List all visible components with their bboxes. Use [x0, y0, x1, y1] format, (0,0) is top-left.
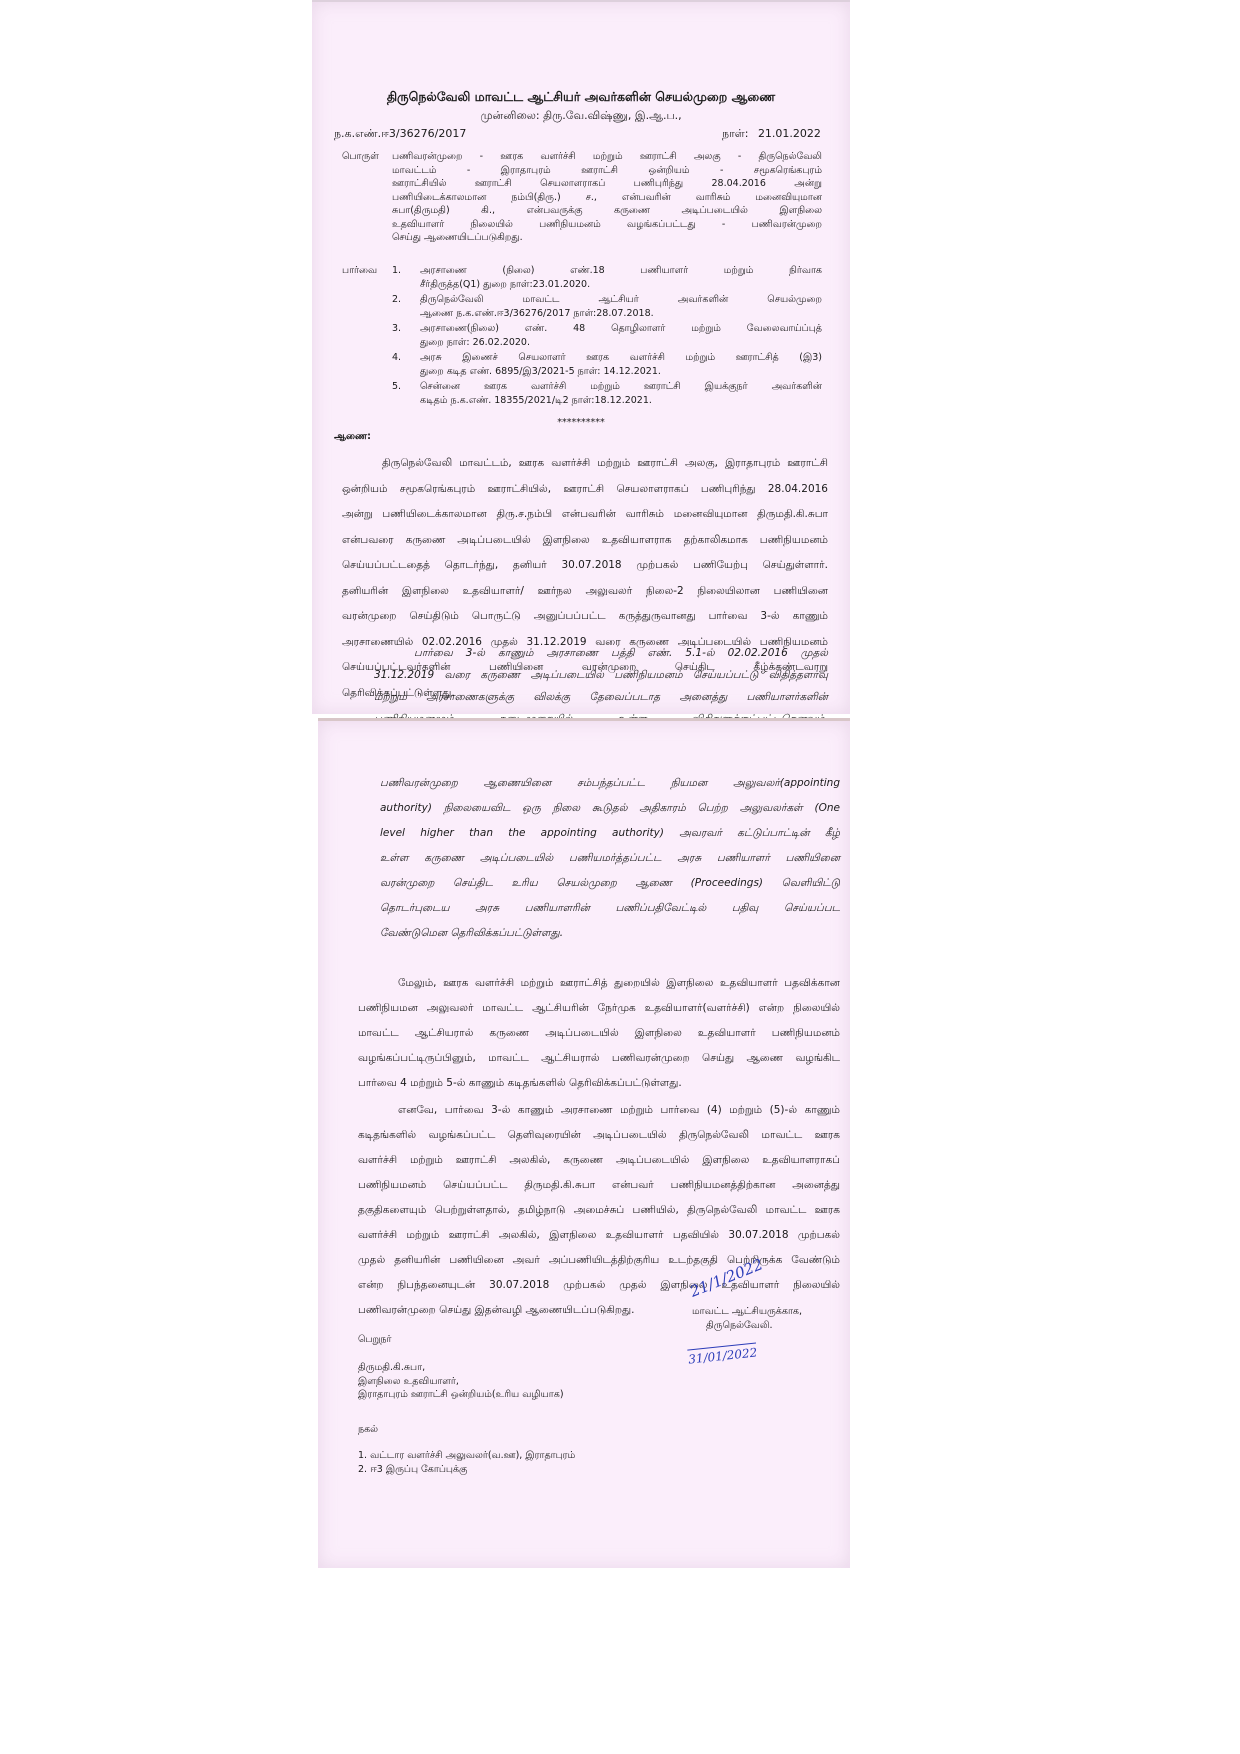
initial-date: 31/01/2022: [687, 1342, 758, 1366]
paragraph-line: ஒன்றியம் சமூகரெங்கபுரம் ஊராட்சியில், ஊரா…: [342, 477, 828, 503]
signatory-line-2: திருநெல்வேலி.: [706, 1319, 773, 1333]
quote-line: வேண்டுமென தெரிவிக்கப்பட்டுள்ளது.: [380, 921, 840, 946]
subject-line: மாவட்டம் - இராதாபுரம் ஊராட்சி ஒன்றியம் -…: [392, 164, 822, 178]
paragraph-line: வளர்ச்சி மற்றும் ஊராட்சி அலகில், கருணை அ…: [358, 1148, 840, 1173]
paragraph-line: எனவே, பார்வை 3-ல் காணும் அரசாணை மற்றும் …: [358, 1098, 840, 1123]
document-page-2: பணிவரன்முறை ஆணையினை சம்பந்தப்பட்ட நியமன …: [318, 718, 850, 1568]
paragraph-line: அன்று பணியிடைக்காலமான திரு.ச.நம்பி என்பவ…: [342, 502, 828, 528]
quote-line: 31.12.2019 வரை கருணை அடிப்படையில் பணிநிய…: [374, 664, 828, 686]
reference-item: 5.சென்னை ஊரக வளர்ச்சி மற்றும் ஊராட்சி இய…: [392, 380, 822, 407]
paragraph-line: மாவட்ட ஆட்சியரால் கருணை அடிப்படையில் இளந…: [358, 1021, 840, 1046]
copy-label: நகல்: [358, 1423, 378, 1437]
date-label: நாள்:: [722, 127, 748, 140]
subject-line: பணிவரன்முறை - ஊரக வளர்ச்சி மற்றும் ஊராட்…: [392, 150, 822, 164]
reference-label: பார்வை: [342, 264, 377, 278]
reference-item: 4.அரசு இணைச் செயலாளர் ஊரக வளர்ச்சி மற்று…: [392, 351, 822, 378]
subject-label: பொருள்: [342, 150, 379, 164]
paragraph-line: செய்யப்பட்டதைத் தொடர்ந்து, தனியர் 30.07.…: [342, 553, 828, 579]
paragraph-line: என்பவரை கருணை அடிப்படையில் இளநிலை உதவியா…: [342, 528, 828, 554]
subject-line: உதவியாளர் நிலையில் பணிநியமனம் வழங்கப்பட்…: [392, 218, 822, 232]
copy-item: 2. ஈ3 இருப்பு கோப்புக்கு: [358, 1463, 575, 1477]
reference-number-label: 3.: [392, 322, 420, 349]
paragraph-line: முதல் தனியரின் பணியினை அவர் அப்பணியிடத்த…: [358, 1248, 840, 1273]
paragraph-line: கடிதங்களில் வழங்கப்பட்ட தெளிவுரையின் அடி…: [358, 1123, 840, 1148]
order-paragraph-2: மேலும், ஊரக வளர்ச்சி மற்றும் ஊராட்சித் த…: [358, 971, 840, 1096]
document-page-1: திருநெல்வேலி மாவட்ட ஆட்சியர் அவர்களின் ச…: [312, 0, 850, 714]
recipient-line: திருமதி.கி.சுபா,: [358, 1361, 564, 1375]
paragraph-line: பணிநியமன அலுவலர் மாவட்ட ஆட்சியரின் நேர்ம…: [358, 996, 840, 1021]
reference-number-label: 5.: [392, 380, 420, 407]
reference-number-label: 2.: [392, 293, 420, 320]
subject-line: ஊராட்சியில் ஊராட்சி செயலாளராகப் பணிபுரிந…: [392, 177, 822, 191]
paragraph-line: வழங்கப்பட்டிருப்பினும், மாவட்ட ஆட்சியரால…: [358, 1046, 840, 1071]
recipient-label: பெறுநர்: [358, 1333, 391, 1347]
signatory-line-1: மாவட்ட ஆட்சியருக்காக,: [692, 1305, 802, 1319]
reference-list: 1.அரசாணை (நிலை) எண்.18 பணியாளர் மற்றும் …: [392, 264, 822, 409]
reference-text: அரசாணை (நிலை) எண்.18 பணியாளர் மற்றும் நி…: [420, 264, 822, 291]
quote-line: உள்ள கருணை அடிப்படையில் பணியமர்த்தப்பட்ட…: [380, 846, 840, 871]
paragraph-line: வளர்ச்சி மற்றும் ஊராட்சி அலகில், இளநிலை …: [358, 1223, 840, 1248]
date-line: நாள்: 21.01.2022: [722, 127, 821, 141]
reference-item: 2.திருநெல்வேலி மாவட்ட ஆட்சியர் அவர்களின்…: [392, 293, 822, 320]
quote-line: பணிவரன்முறை ஆணையினை சம்பந்தப்பட்ட நியமன …: [380, 771, 840, 796]
quoted-order-excerpt: பார்வை 3-ல் காணும் அரசாணை பத்தி எண். 5.1…: [374, 642, 828, 730]
recipient-line: இராதாபுரம் ஊராட்சி ஒன்றியம்(உரிய வழியாக): [358, 1388, 564, 1402]
paragraph-line: வரன்முறை செய்திடும் பொருட்டு அனுப்பப்பட்…: [342, 604, 828, 630]
reference-text: அரசாணை(நிலை) எண். 48 தொழிலாளர் மற்றும் வ…: [420, 322, 822, 349]
reference-text: சென்னை ஊரக வளர்ச்சி மற்றும் ஊராட்சி இயக்…: [420, 380, 822, 407]
paragraph-line: என்ற நிபந்தனையுடன் 30.07.2018 முற்பகல் ம…: [358, 1273, 840, 1298]
reference-item: 1.அரசாணை (நிலை) எண்.18 பணியாளர் மற்றும் …: [392, 264, 822, 291]
recipient-line: இளநிலை உதவியாளர்,: [358, 1375, 564, 1389]
reference-number-label: 4.: [392, 351, 420, 378]
paragraph-line: தகுதிகளையும் பெற்றுள்ளதால், தமிழ்நாடு அம…: [358, 1198, 840, 1223]
reference-text: அரசு இணைச் செயலாளர் ஊரக வளர்ச்சி மற்றும்…: [420, 351, 822, 378]
reference-item: 3.அரசாணை(நிலை) எண். 48 தொழிலாளர் மற்றும்…: [392, 322, 822, 349]
paragraph-line: பணிநியமனம் செய்யப்பட்ட திருமதி.கி.சுபா எ…: [358, 1173, 840, 1198]
proceedings-title: திருநெல்வேலி மாவட்ட ஆட்சியர் அவர்களின் ச…: [312, 90, 850, 104]
presence-line: முன்னிலை: திரு.வே.விஷ்ணு, இ.ஆ.ப.,: [312, 109, 850, 123]
subject-text: பணிவரன்முறை - ஊரக வளர்ச்சி மற்றும் ஊராட்…: [392, 150, 822, 245]
paragraph-line: மேலும், ஊரக வளர்ச்சி மற்றும் ஊராட்சித் த…: [358, 971, 840, 996]
quote-line: தொடர்புடைய அரசு பணியாளரின் பணிப்பதிவேட்ட…: [380, 896, 840, 921]
reference-text: திருநெல்வேலி மாவட்ட ஆட்சியர் அவர்களின் ச…: [420, 293, 822, 320]
quote-line: மற்றும் அரசாணைகளுக்கு விலக்கு தேவைப்படாத…: [374, 686, 828, 708]
separator-stars: **********: [312, 416, 850, 430]
order-paragraph-3: எனவே, பார்வை 3-ல் காணும் அரசாணை மற்றும் …: [358, 1098, 840, 1323]
paragraph-line: திருநெல்வேலி மாவட்டம், ஊரக வளர்ச்சி மற்ற…: [342, 451, 828, 477]
quote-line: level higher than the appointing authori…: [380, 821, 840, 846]
date-value: 21.01.2022: [758, 127, 821, 140]
paragraph-line: பார்வை 4 மற்றும் 5-ல் காணும் கடிதங்களில்…: [358, 1071, 840, 1096]
recipient-address: திருமதி.கி.சுபா,இளநிலை உதவியாளர்,இராதாபு…: [358, 1361, 564, 1402]
reference-number: ந.க.எண்.ஈ3/36276/2017: [334, 127, 466, 141]
quote-line: authority) நிலையைவிட ஒரு நிலை கூடுதல் அத…: [380, 796, 840, 821]
paragraph-line: தனியரின் இளநிலை உதவியாளர்/ ஊர்நல அலுவலர்…: [342, 579, 828, 605]
quoted-order-continuation: பணிவரன்முறை ஆணையினை சம்பந்தப்பட்ட நியமன …: [380, 771, 840, 946]
reference-number-label: 1.: [392, 264, 420, 291]
copy-item: 1. வட்டார வளர்ச்சி அலுவலர்(வ.ஊ), இராதாபு…: [358, 1449, 575, 1463]
quote-line: வரன்முறை செய்திட உரிய செயல்முறை ஆணை (Pro…: [380, 871, 840, 896]
subject-line: செய்து ஆணையிடப்படுகிறது.: [392, 231, 822, 245]
subject-line: பணியிடைக்காலமான நம்பி(திரு.) ச., என்பவரி…: [392, 191, 822, 205]
order-label: ஆணை:: [334, 430, 371, 444]
copy-list: 1. வட்டார வளர்ச்சி அலுவலர்(வ.ஊ), இராதாபு…: [358, 1449, 575, 1476]
subject-line: சுபா(திருமதி) கி., என்பவருக்கு கருணை அடி…: [392, 204, 822, 218]
quote-line: பார்வை 3-ல் காணும் அரசாணை பத்தி எண். 5.1…: [374, 642, 828, 664]
